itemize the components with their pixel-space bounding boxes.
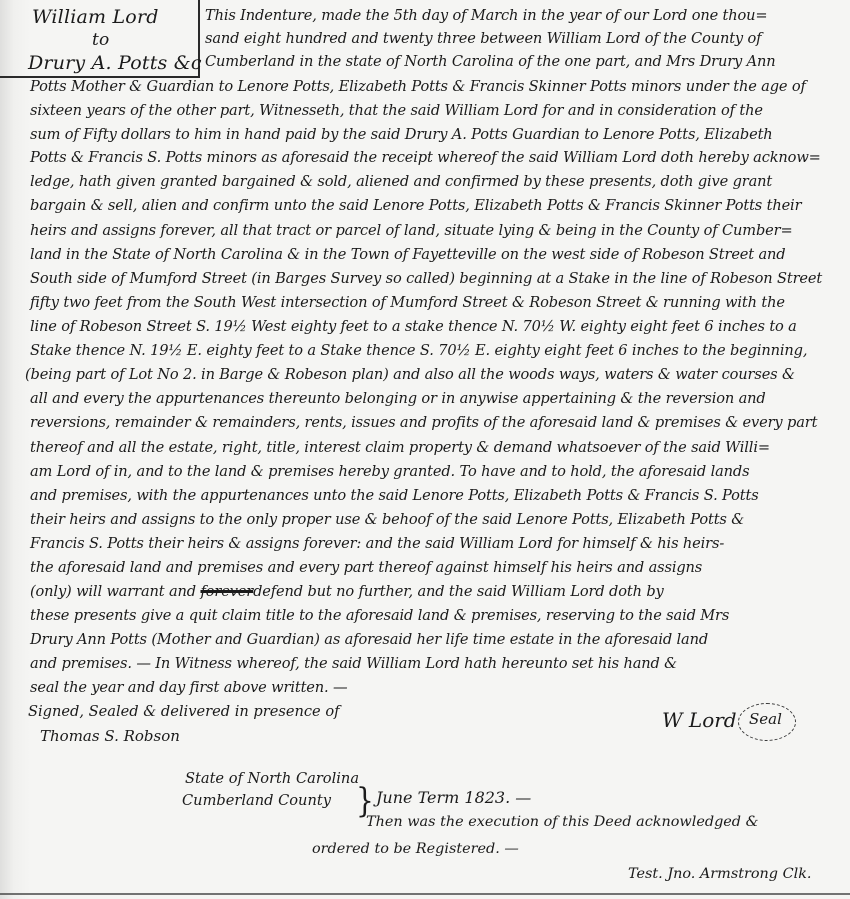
seal-label: Seal (749, 710, 782, 728)
probate-term: June Term 1823. — (376, 788, 531, 807)
deed-line: (being part of Lot No 2. in Barge & Robe… (25, 365, 795, 385)
deed-line: sixteen years of the other part, Witness… (30, 101, 763, 121)
deed-text: (only) will warrant and (30, 583, 201, 600)
witness-signature: Thomas S. Robson (40, 727, 180, 745)
deed-line: these presents give a quit claim title t… (30, 606, 729, 626)
deed-line: ledge, hath given granted bargained & so… (30, 172, 772, 192)
seal-mark: Seal (738, 703, 796, 741)
deed-line: all and every the appurtenances thereunt… (30, 389, 766, 409)
deed-text: defend but no further, and the said Will… (253, 583, 664, 600)
deed-line: their heirs and assigns to the only prop… (30, 510, 744, 530)
probate-state: State of North Carolina (185, 770, 359, 787)
grantor-name: William Lord (32, 6, 159, 28)
attestation-clause: Signed, Sealed & delivered in presence o… (28, 703, 340, 720)
page-bottom-edge (0, 893, 850, 895)
deed-line: sum of Fifty dollars to him in hand paid… (30, 125, 773, 145)
deed-line: South side of Mumford Street (in Barges … (30, 269, 822, 289)
deed-line-with-strikeout: (only) will warrant and foreverdefend bu… (30, 582, 664, 602)
deed-line: seal the year and day first above writte… (30, 678, 347, 698)
caption-to: to (92, 30, 109, 50)
deed-line: heirs and assigns forever, all that trac… (30, 221, 793, 241)
deed-line: Potts Mother & Guardian to Lenore Potts,… (30, 77, 806, 97)
deed-line: thereof and all the estate, right, title… (30, 438, 770, 458)
grantor-signature: W Lord (662, 708, 737, 732)
probate-registration: ordered to be Registered. — (312, 841, 519, 857)
deed-line: the aforesaid land and premises and ever… (30, 558, 702, 578)
deed-line: This Indenture, made the 5th day of Marc… (205, 6, 767, 26)
deed-line: Francis S. Potts their heirs & assigns f… (30, 534, 724, 554)
deed-line: Drury Ann Potts (Mother and Guardian) as… (30, 630, 708, 650)
deed-line: fifty two feet from the South West inter… (30, 293, 785, 313)
deed-line: land in the State of North Carolina & in… (30, 245, 786, 265)
deed-line: Cumberland in the state of North Carolin… (205, 52, 776, 72)
deed-line: sand eight hundred and twenty three betw… (205, 29, 761, 49)
grantee-name: Drury A. Potts &c (28, 52, 202, 74)
deed-line: and premises, with the appurtenances unt… (30, 486, 759, 506)
deed-line: bargain & sell, alien and confirm unto t… (30, 196, 801, 216)
document-page: William Lord to Drury A. Potts &c This I… (0, 0, 850, 899)
deed-line: reversions, remainder & remainders, rent… (30, 413, 817, 433)
deed-line: Stake thence N. 19½ E. eighty feet to a … (30, 341, 807, 361)
deed-line: Potts & Francis S. Potts minors as afore… (30, 148, 821, 168)
clerk-signature: Test. Jno. Armstrong Clk. (628, 866, 812, 882)
probate-acknowledgement: Then was the execution of this Deed ackn… (366, 814, 758, 830)
deed-line: am Lord of in, and to the land & premise… (30, 462, 749, 482)
struck-out-word: forever (201, 583, 254, 600)
deed-line: line of Robeson Street S. 19½ West eight… (30, 317, 797, 337)
probate-county: Cumberland County (182, 792, 331, 809)
deed-line: and premises. — In Witness whereof, the … (30, 654, 677, 674)
deed-caption-box: William Lord to Drury A. Potts &c (0, 0, 200, 78)
